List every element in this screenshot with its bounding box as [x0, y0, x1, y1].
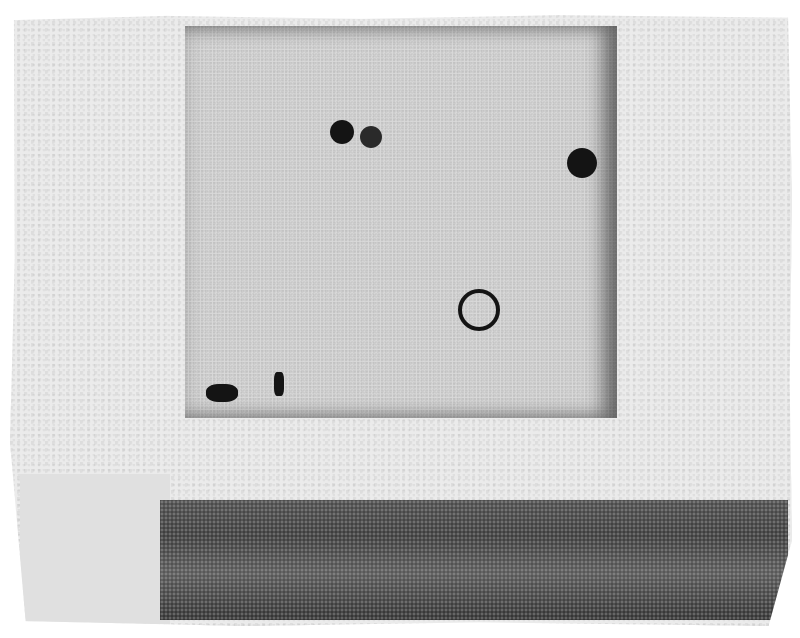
square-texture: [185, 26, 617, 418]
ink-dot-right: [567, 148, 597, 178]
paper-sheet: [10, 14, 792, 626]
ink-blot-cluster: [206, 384, 238, 402]
printed-square: [185, 26, 617, 418]
ink-ring: [458, 289, 500, 331]
dark-bottom-band: [160, 500, 788, 620]
ink-dot-pair-left: [330, 120, 354, 144]
band-texture: [160, 500, 788, 620]
ink-dot-pair-right: [360, 126, 382, 148]
lower-left-panel: [20, 474, 170, 624]
ink-mark-small: [274, 372, 284, 396]
